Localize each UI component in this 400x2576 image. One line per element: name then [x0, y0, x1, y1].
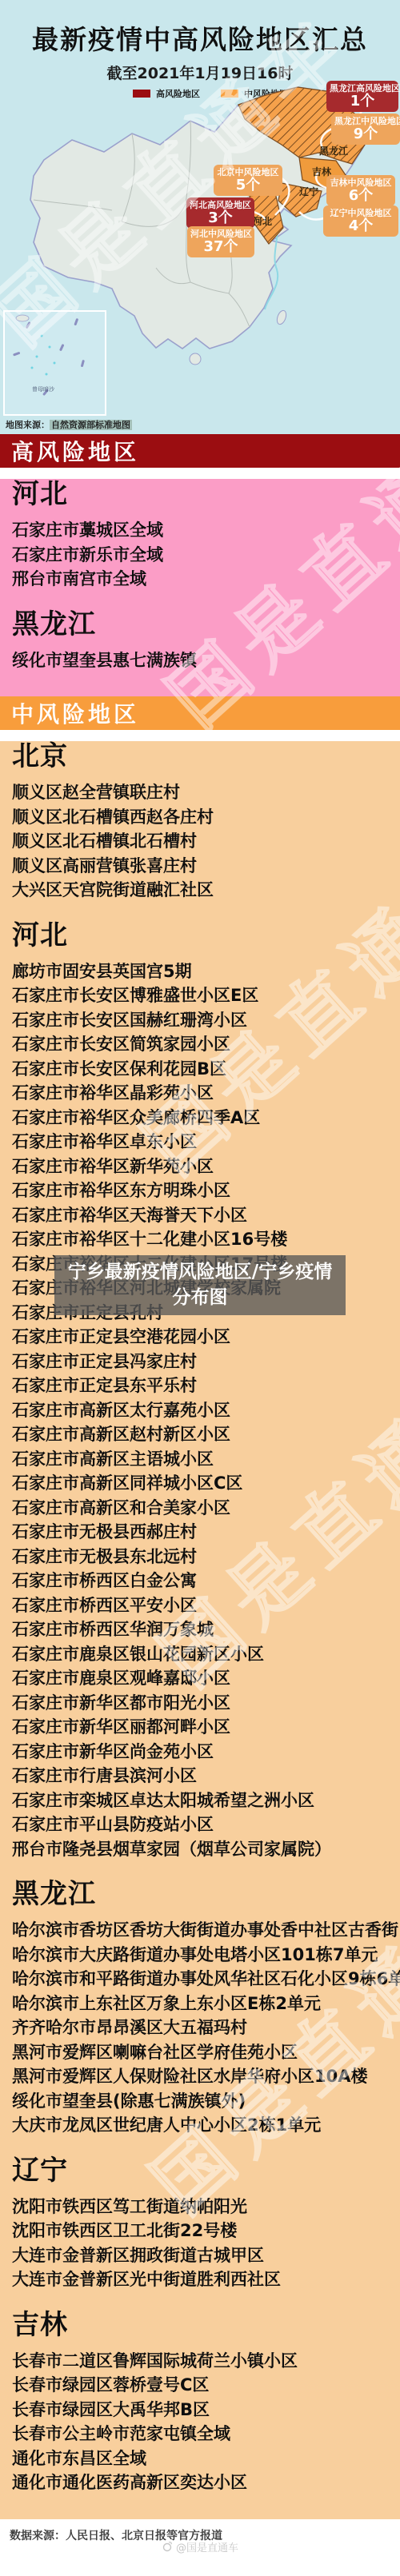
weibo-logo-icon [162, 2541, 173, 2552]
infographic-poster: 最新疫情中高风险地区汇总 截至2021年1月19日16时 高风险地区 中风险地区 [0, 0, 400, 2576]
as-of-date: 截至2021年1月19日16时 [0, 62, 400, 83]
risk-area-item: 石家庄市鹿泉区观峰嘉邸小区 [12, 1666, 400, 1691]
risk-area-item: 石家庄市新华区都市阳光小区 [12, 1691, 400, 1716]
risk-area-item: 邢台市南宫市全域 [12, 567, 400, 592]
province-heading: 吉林 [12, 2310, 400, 2341]
risk-area-item: 黑河市爱辉区喇嘛台社区学府佳苑小区 [12, 2040, 400, 2065]
callout-count: 37个 [190, 240, 251, 255]
callout-beijing-mid: 北京中风险地区 5个 [214, 165, 282, 196]
map-label-liaoning: 辽宁 [299, 185, 318, 197]
high-risk-banner: 高风险地区 [0, 434, 400, 468]
hainan-island [190, 353, 201, 365]
callout-count: 4个 [326, 219, 395, 234]
risk-area-item: 石家庄市裕华区晶彩苑小区 [12, 1081, 400, 1106]
risk-area-item: 石家庄市新乐市全域 [12, 543, 400, 568]
callout-hebei-mid: 河北中风险地区 37个 [187, 226, 254, 257]
south-sea-inset-map: 曾母暗沙 [3, 310, 106, 416]
risk-area-item: 哈尔滨市上东社区万象上东小区E栋2单元 [12, 1992, 400, 2016]
callout-count: 6个 [330, 189, 392, 204]
risk-area-item: 石家庄市长安区保利花园B区 [12, 1057, 400, 1082]
risk-area-item: 石家庄市裕华区卓东小区 [12, 1130, 400, 1154]
risk-area-item: 石家庄市长安区国赫红珊湾小区 [12, 1008, 400, 1033]
callout-count: 3个 [190, 211, 251, 226]
map-label-heilongjiang: 黑龙江 [319, 145, 349, 157]
risk-area-item: 石家庄市正定县空港花园小区 [12, 1325, 400, 1350]
risk-area-item: 顺义区北石槽镇西赵各庄村 [12, 805, 400, 830]
risk-group-liaoning-mid: 辽宁 沈阳市铁西区笃工街道纳帕阳光沈阳市铁西区卫工北街22号楼大连市金普新区拥政… [0, 2155, 400, 2292]
risk-area-item: 石家庄市无极县东北远村 [12, 1545, 400, 1569]
risk-area-item: 石家庄市长安区博雅盛世小区E区 [12, 983, 400, 1008]
mid-risk-section: 北京 顺义区赵全营镇联庄村顺义区北石槽镇西赵各庄村顺义区北石槽镇北石槽村顺义区高… [0, 741, 400, 2519]
place-list: 长春市二道区鲁辉国际城荷兰小镇小区长春市绿园区蓉桥壹号C区长春市绿园区大禹华邦B… [0, 2349, 400, 2495]
risk-area-item: 石家庄市高新区太行嘉苑小区 [12, 1398, 400, 1423]
page-title: 最新疫情中高风险地区汇总 [0, 19, 400, 57]
footer: 数据来源：人民日报、北京日报等官方报道 @国是直通车 [0, 2519, 400, 2557]
risk-area-item: 顺义区高丽营镇张喜庄村 [12, 854, 400, 879]
map-source-prefix: 地图来源： [6, 420, 50, 430]
risk-area-item: 齐齐哈尔市昂昂溪区大五福玛村 [12, 2016, 400, 2040]
risk-area-item: 长春市公主岭市范家屯镇全域 [12, 2422, 400, 2446]
risk-area-item: 石家庄市新华区尚金苑小区 [12, 1740, 400, 1765]
risk-group-beijing-mid: 北京 顺义区赵全营镇联庄村顺义区北石槽镇西赵各庄村顺义区北石槽镇北石槽村顺义区高… [0, 741, 400, 903]
risk-area-item: 顺义区赵全营镇联庄村 [12, 780, 400, 805]
place-list: 绥化市望奎县惠七满族镇 [0, 648, 400, 673]
risk-area-item: 长春市绿园区蓉桥壹号C区 [12, 2373, 400, 2398]
risk-area-item: 绥化市望奎县惠七满族镇 [12, 648, 400, 673]
risk-group-jilin-mid: 吉林 长春市二道区鲁辉国际城荷兰小镇小区长春市绿园区蓉桥壹号C区长春市绿园区大禹… [0, 2310, 400, 2495]
inset-islands [5, 312, 105, 414]
risk-area-item: 石家庄市裕华区东方明珠小区 [12, 1178, 400, 1203]
risk-area-item: 石家庄市鹿泉区银山花园新区小区 [12, 1642, 400, 1667]
risk-area-item: 石家庄市无极县西郝庄村 [12, 1520, 400, 1545]
place-list: 哈尔滨市香坊区香坊大街街道办事处香中社区古香街12号哈尔滨市大庆路街道办事处电塔… [0, 1918, 400, 2138]
map-label-hebei: 河北 [253, 215, 272, 227]
risk-area-item: 大兴区天宫院街道融汇社区 [12, 878, 400, 903]
risk-area-item: 石家庄市桥西区平安小区 [12, 1593, 400, 1618]
risk-area-item: 石家庄市藁城区全域 [12, 518, 400, 543]
callout-hebei-high: 河北高风险地区 3个 [186, 197, 254, 229]
risk-area-item: 哈尔滨市大庆路街道办事处电塔小区101栋7单元 [12, 1943, 400, 1968]
risk-area-item: 石家庄市高新区赵村新区小区 [12, 1422, 400, 1447]
risk-group-heilongjiang-high: 黑龙江 绥化市望奎县惠七满族镇 [0, 609, 400, 673]
risk-area-item: 石家庄市桥西区白金公寓 [12, 1569, 400, 1593]
province-heading: 辽宁 [12, 2155, 400, 2187]
risk-area-item: 石家庄市行唐县滨河小区 [12, 1764, 400, 1788]
risk-area-item: 长春市绿园区大禹华邦B区 [12, 2398, 400, 2422]
risk-area-item: 石家庄市裕华区天海誉天下小区 [12, 1203, 400, 1228]
risk-area-item: 石家庄市裕华区众美廊桥四季A区 [12, 1106, 400, 1130]
risk-group-hebei-high: 河北 石家庄市藁城区全域石家庄市新乐市全域邢台市南宫市全域 [0, 479, 400, 592]
inset-island-label: 曾母暗沙 [32, 385, 54, 393]
risk-area-item: 石家庄市桥西区华润万象城 [12, 1617, 400, 1642]
risk-area-item: 长春市二道区鲁辉国际城荷兰小镇小区 [12, 2349, 400, 2374]
weibo-watermark: @国是直通车 [162, 2539, 238, 2554]
callout-count: 9个 [334, 127, 397, 142]
risk-area-item: 绥化市望奎县(除惠七满族镇外) [12, 2089, 400, 2114]
risk-area-item: 沈阳市铁西区卫工北街22号楼 [12, 2219, 400, 2243]
risk-group-hebei-mid: 河北 廊坊市固安县英国宫5期石家庄市长安区博雅盛世小区E区石家庄市长安区国赫红珊… [0, 920, 400, 1862]
weibo-watermark-text: @国是直通车 [176, 2539, 238, 2554]
risk-area-item: 石家庄市长安区简筑家园小区 [12, 1032, 400, 1057]
risk-area-item: 通化市通化医药高新区奕达小区 [12, 2470, 400, 2495]
risk-area-item: 邢台市隆尧县烟草家园（烟草公司家属院） [12, 1837, 400, 1862]
risk-area-item: 石家庄市高新区和合美家小区 [12, 1496, 400, 1521]
risk-area-item: 石家庄市栾城区卓达太阳城希望之洲小区 [12, 1788, 400, 1813]
risk-area-item: 石家庄市裕华区十二化建小区16号楼 [12, 1227, 400, 1252]
province-heading: 河北 [12, 479, 400, 510]
map-source-note: 地图来源：自然资源部标准地图 [6, 418, 132, 431]
callout-heilongjiang-mid: 黑龙江中风险地区 9个 [331, 114, 400, 145]
risk-area-item: 大连市金普新区光中街道胜利西社区 [12, 2267, 400, 2292]
high-risk-section: 河北 石家庄市藁城区全域石家庄市新乐市全域邢台市南宫市全域 黑龙江 绥化市望奎县… [0, 479, 400, 696]
callout-count: 1个 [330, 94, 395, 110]
province-heading: 河北 [12, 920, 400, 951]
risk-area-item: 大连市金普新区拥政街道古城甲区 [12, 2243, 400, 2268]
province-heading: 黑龙江 [12, 1879, 400, 1910]
mid-risk-banner: 中风险地区 [0, 696, 400, 730]
risk-area-item: 石家庄市高新区同祥城小区C区 [12, 1471, 400, 1496]
callout-heilongjiang-high: 黑龙江高风险地区 1个 [326, 81, 398, 112]
risk-area-item: 石家庄市新华区丽都河畔小区 [12, 1715, 400, 1740]
province-heading: 北京 [12, 741, 400, 772]
map-source-name: 自然资源部标准地图 [50, 420, 132, 430]
risk-area-item: 石家庄市裕华区新华苑小区 [12, 1154, 400, 1179]
risk-group-heilongjiang-mid: 黑龙江 哈尔滨市香坊区香坊大街街道办事处香中社区古香街12号哈尔滨市大庆路街道办… [0, 1879, 400, 2138]
risk-area-item: 大庆市龙凤区世纪唐人中心小区2栋1单元 [12, 2113, 400, 2138]
place-list: 廊坊市固安县英国宫5期石家庄市长安区博雅盛世小区E区石家庄市长安区国赫红珊湾小区… [0, 959, 400, 1862]
risk-area-item: 通化市东昌区全域 [12, 2446, 400, 2471]
place-list: 顺义区赵全营镇联庄村顺义区北石槽镇西赵各庄村顺义区北石槽镇北石槽村顺义区高丽营镇… [0, 780, 400, 903]
map-header-section: 最新疫情中高风险地区汇总 截至2021年1月19日16时 高风险地区 中风险地区 [0, 0, 400, 434]
risk-area-item: 廊坊市固安县英国宫5期 [12, 959, 400, 984]
risk-area-item: 石家庄市正定县东平乐村 [12, 1374, 400, 1398]
province-heading: 黑龙江 [12, 609, 400, 640]
callout-jilin-mid: 吉林中风险地区 6个 [326, 175, 395, 206]
risk-area-item: 石家庄市高新区主语城小区 [12, 1447, 400, 1472]
risk-area-item: 黑河市爱辉区人保财险社区水岸华府小区10A楼 [12, 2064, 400, 2089]
place-list: 石家庄市藁城区全域石家庄市新乐市全域邢台市南宫市全域 [0, 518, 400, 592]
promo-overlay: 宁乡最新疫情风险地区/宁乡疫情分布图 [54, 1255, 346, 1315]
risk-area-item: 石家庄市平山县防疫站小区 [12, 1812, 400, 1837]
risk-area-item: 哈尔滨市和平路街道办事处风华社区石化小区9栋6单元 [12, 1967, 400, 1992]
risk-area-item: 沈阳市铁西区笃工街道纳帕阳光 [12, 2195, 400, 2219]
callout-count: 5个 [217, 178, 279, 193]
risk-area-item: 顺义区北石槽镇北石槽村 [12, 829, 400, 854]
risk-area-item: 石家庄市正定县冯家庄村 [12, 1350, 400, 1374]
place-list: 沈阳市铁西区笃工街道纳帕阳光沈阳市铁西区卫工北街22号楼大连市金普新区拥政街道古… [0, 2195, 400, 2292]
taiwan-island [275, 309, 288, 325]
risk-area-item: 哈尔滨市香坊区香坊大街街道办事处香中社区古香街12号 [12, 1918, 400, 1943]
callout-liaoning-mid: 辽宁中风险地区 4个 [323, 205, 398, 237]
